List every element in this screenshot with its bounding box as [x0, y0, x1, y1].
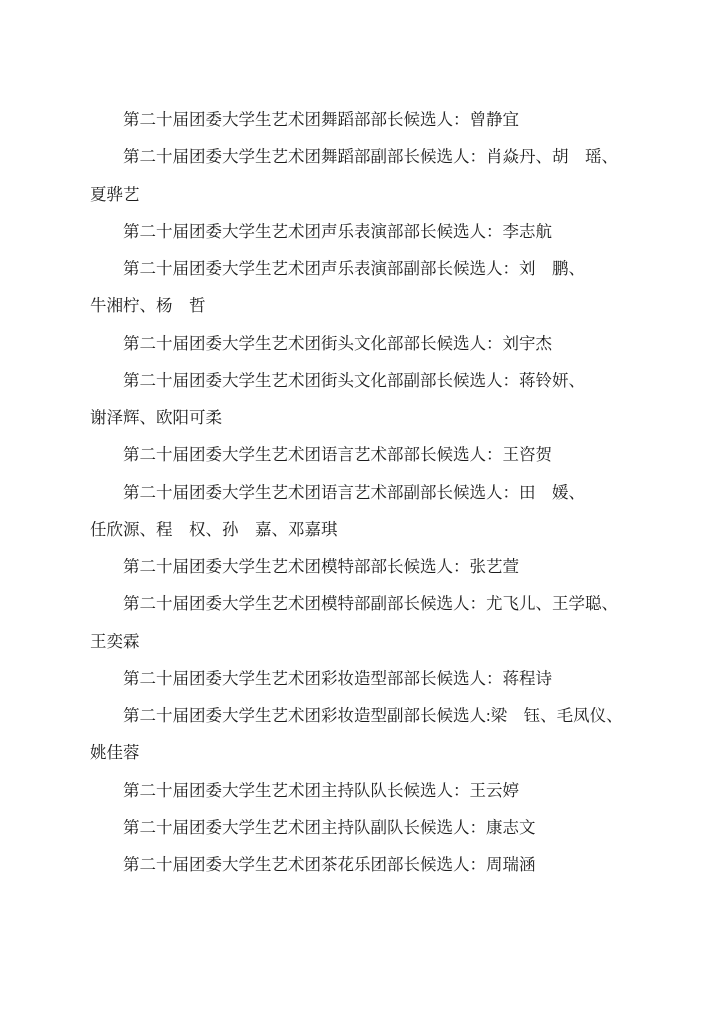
document-line: 第二十届团委大学生艺术团声乐表演部副部长候选人：刘 鹏、: [90, 250, 646, 287]
document-line: 牛湘柠、杨 哲: [90, 287, 646, 324]
document-line: 王奕霖: [90, 623, 646, 660]
document-line: 第二十届团委大学生艺术团语言艺术部部长候选人：王咨贺: [90, 436, 646, 473]
document-line: 第二十届团委大学生艺术团街头文化部部长候选人：刘宇杰: [90, 325, 646, 362]
document-line: 第二十届团委大学生艺术团彩妆造型副部长候选人:梁 钰、毛凤仪、: [90, 697, 646, 734]
document-page: 第二十届团委大学生艺术团舞蹈部部长候选人：曾静宜第二十届团委大学生艺术团舞蹈部副…: [0, 0, 720, 1018]
document-line: 第二十届团委大学生艺术团语言艺术部副部长候选人：田 媛、: [90, 474, 646, 511]
document-line: 第二十届团委大学生艺术团模特部副部长候选人：尤飞儿、王学聪、: [90, 585, 646, 622]
document-line: 夏骅艺: [90, 176, 646, 213]
document-line: 姚佳蓉: [90, 734, 646, 771]
document-line: 第二十届团委大学生艺术团舞蹈部副部长候选人：肖焱丹、胡 瑶、: [90, 138, 646, 175]
document-line: 第二十届团委大学生艺术团模特部部长候选人：张艺萱: [90, 548, 646, 585]
document-line: 第二十届团委大学生艺术团声乐表演部部长候选人：李志航: [90, 213, 646, 250]
document-body: 第二十届团委大学生艺术团舞蹈部部长候选人：曾静宜第二十届团委大学生艺术团舞蹈部副…: [90, 101, 646, 883]
document-line: 第二十届团委大学生艺术团主持队副队长候选人：康志文: [90, 809, 646, 846]
document-line: 第二十届团委大学生艺术团舞蹈部部长候选人：曾静宜: [90, 101, 646, 138]
document-line: 第二十届团委大学生艺术团街头文化部副部长候选人：蒋铃妍、: [90, 362, 646, 399]
document-line: 任欣源、程 权、孙 嘉、邓嘉琪: [90, 511, 646, 548]
document-line: 第二十届团委大学生艺术团彩妆造型部部长候选人：蒋程诗: [90, 660, 646, 697]
document-line: 第二十届团委大学生艺术团主持队队长候选人：王云婷: [90, 772, 646, 809]
document-line: 第二十届团委大学生艺术团茶花乐团部长候选人：周瑞涵: [90, 846, 646, 883]
document-line: 谢泽辉、欧阳可柔: [90, 399, 646, 436]
